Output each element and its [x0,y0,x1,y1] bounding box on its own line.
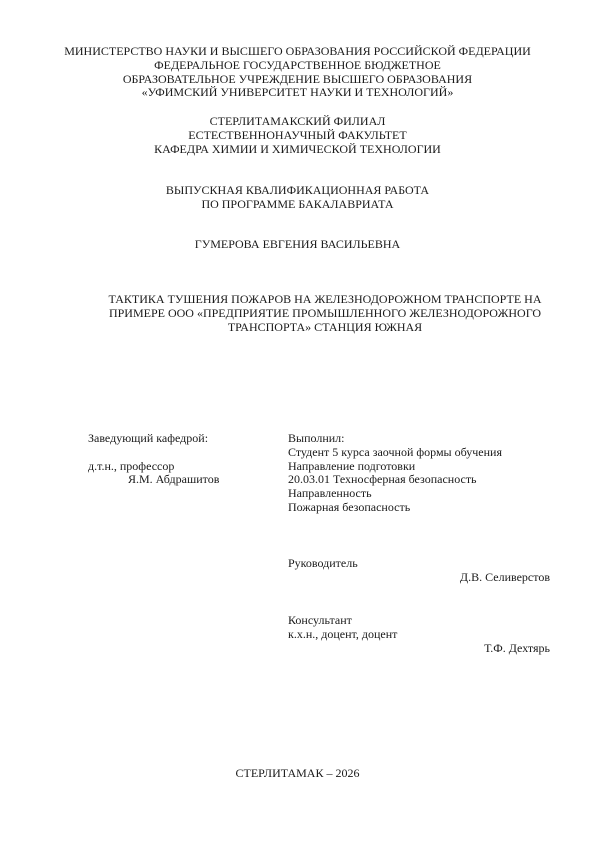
supervisor-label: Руководитель [288,557,550,571]
author: ГУМЕРОВА ЕВГЕНИЯ ВАСИЛЬЕВНА [0,238,595,252]
work-type: ВЫПУСКНАЯ КВАЛИФИКАЦИОННАЯ РАБОТА ПО ПРО… [0,184,595,212]
supervisor-block: Руководитель Д.В. Селиверстов [288,557,550,585]
footer: СТЕРЛИТАМАК – 2026 [0,767,595,781]
thesis-title-line-1: ТАКТИКА ТУШЕНИЯ ПОЖАРОВ НА ЖЕЛЕЗНОДОРОЖН… [100,293,550,307]
consultant-block: Консультант к.х.н., доцент, доцент Т.Ф. … [288,614,550,655]
consultant-degree: к.х.н., доцент, доцент [288,628,550,642]
performer-label: Выполнил: [288,432,550,446]
performer-block: Выполнил: Студент 5 курса заочной формы … [288,432,550,515]
spacer [88,446,278,460]
head-of-department-name: Я.М. Абдрашитов [88,473,278,487]
focus-value: Пожарная безопасность [288,501,550,515]
direction-value: 20.03.01 Техносферная безопасность [288,473,550,487]
city-year: СТЕРЛИТАМАК – 2026 [0,767,595,781]
direction-label: Направление подготовки [288,460,550,474]
thesis-title: ТАКТИКА ТУШЕНИЯ ПОЖАРОВ НА ЖЕЛЕЗНОДОРОЖН… [100,293,550,334]
institution-type-line-1: ФЕДЕРАЛЬНОЕ ГОСУДАРСТВЕННОЕ БЮДЖЕТНОЕ [0,59,595,73]
supervisor-name: Д.В. Селиверстов [288,571,550,585]
institution-type-line-2: ОБРАЗОВАТЕЛЬНОЕ УЧРЕЖДЕНИЕ ВЫСШЕГО ОБРАЗ… [0,73,595,87]
consultant-name: Т.Ф. Дехтярь [288,642,550,656]
head-of-department-label: Заведующий кафедрой: [88,432,278,446]
title-page: МИНИСТЕРСТВО НАУКИ И ВЫСШЕГО ОБРАЗОВАНИЯ… [0,0,595,841]
branch-info: СТЕРЛИТАМАКСКИЙ ФИЛИАЛ ЕСТЕСТВЕННОНАУЧНЫ… [0,115,595,156]
work-type-line-2: ПО ПРОГРАММЕ БАКАЛАВРИАТА [0,198,595,212]
university-name: «УФИМСКИЙ УНИВЕРСИТЕТ НАУКИ И ТЕХНОЛОГИЙ… [0,86,595,100]
ministry-header: МИНИСТЕРСТВО НАУКИ И ВЫСШЕГО ОБРАЗОВАНИЯ… [0,45,595,100]
department-name: КАФЕДРА ХИМИИ И ХИМИЧЕСКОЙ ТЕХНОЛОГИИ [0,143,595,157]
branch-name: СТЕРЛИТАМАКСКИЙ ФИЛИАЛ [0,115,595,129]
thesis-title-line-2: ПРИМЕРЕ ООО «ПРЕДПРИЯТИЕ ПРОМЫШЛЕННОГО Ж… [100,307,550,321]
author-name: ГУМЕРОВА ЕВГЕНИЯ ВАСИЛЬЕВНА [0,238,595,252]
work-type-line-1: ВЫПУСКНАЯ КВАЛИФИКАЦИОННАЯ РАБОТА [0,184,595,198]
focus-label: Направленность [288,487,550,501]
faculty-name: ЕСТЕСТВЕННОНАУЧНЫЙ ФАКУЛЬТЕТ [0,129,595,143]
ministry-line: МИНИСТЕРСТВО НАУКИ И ВЫСШЕГО ОБРАЗОВАНИЯ… [0,45,595,59]
consultant-label: Консультант [288,614,550,628]
thesis-title-line-3: ТРАНСПОРТА» СТАНЦИЯ ЮЖНАЯ [100,321,550,335]
performer-status: Студент 5 курса заочной формы обучения [288,446,550,460]
head-of-department-degree: д.т.н., профессор [88,460,278,474]
head-of-department-block: Заведующий кафедрой: д.т.н., профессор Я… [88,432,278,487]
